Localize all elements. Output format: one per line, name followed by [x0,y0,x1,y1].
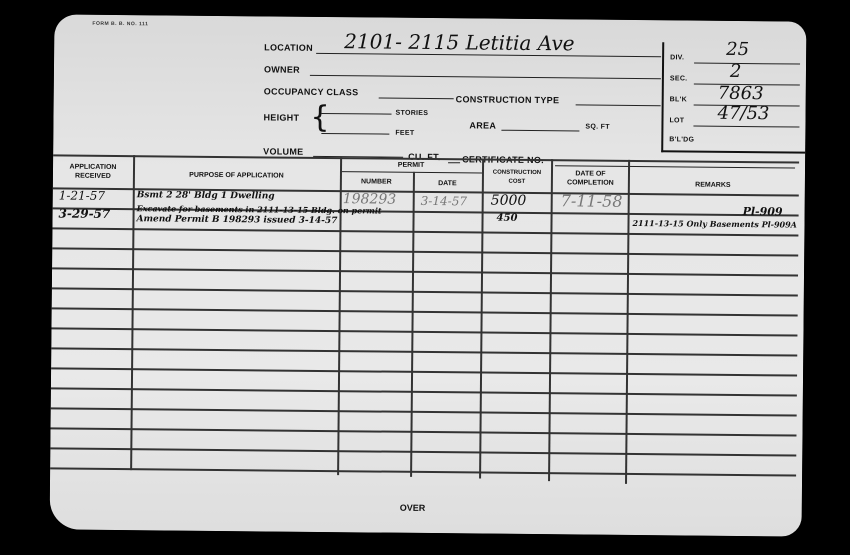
row3-purpose: Amend Permit B 198293 issued 3-14-57 [136,214,337,226]
lot-label: LOT [669,117,684,124]
sec-label: SEC. [670,75,688,82]
row1-received: 1-21-57 [59,188,105,202]
area-line [501,130,579,132]
row-line [52,267,798,276]
row-line [51,367,797,376]
sqft-label: SQ. FT [585,124,609,131]
row-line [51,427,797,436]
height-label: HEIGHT [263,112,299,122]
row-line [52,287,798,296]
row1-permit-date: 3-14-57 [421,194,467,208]
table-bottom-border [50,467,796,476]
row-line [52,307,798,316]
bldg-label: B'L'DG [669,136,694,143]
row2-received: 3-29-57 [59,206,111,220]
location-label: LOCATION [264,42,313,52]
div-value: 25 [726,39,749,60]
col-divider [625,160,630,484]
header-date-of-completion: DATE OF COMPLETION [553,169,628,188]
stories-label: STORIES [396,110,429,117]
row1-cost: 5000 [491,193,527,209]
feet-line [321,133,389,135]
sec-value: 2 [730,61,742,82]
row1-remarks: Pl-909 [743,205,783,218]
occupancy-line [379,98,454,100]
blk-value: 7863 [718,83,764,104]
header-permit-date: DATE [413,179,482,189]
construction-type-line [576,104,661,106]
owner-label: OWNER [264,64,300,74]
header-permit: PERMIT [340,160,482,170]
header-permit-number: NUMBER [340,177,413,187]
feet-label: FEET [395,130,414,137]
form-number: FORM B. B. NO. 111 [92,21,148,28]
area-label: AREA [469,120,496,130]
owner-line [310,75,661,79]
application-table: APPLICATION RECEIVED PURPOSE OF APPLICAT… [50,154,805,493]
row-line [51,327,797,336]
row2-remarks: 2111-13-15 Only Basements Pl-909A [632,218,797,230]
permit-card: FORM B. B. NO. 111 LOCATION 2101- 2115 L… [50,14,807,536]
blk-label: BL'K [670,96,687,103]
row-line [52,227,798,236]
row-line [50,447,796,456]
row1-completion: 7-11-58 [561,191,623,211]
construction-type-label: CONSTRUCTION TYPE [456,94,560,105]
occupancy-label: OCCUPANCY CLASS [264,86,359,97]
header-purpose: PURPOSE OF APPLICATION [133,170,340,181]
row-line [51,387,797,396]
row2-cost: 450 [497,213,518,224]
header-construction-cost: CONSTRUCTION COST [485,169,549,188]
row-line [52,247,798,256]
permit-subheader-line [340,171,482,173]
volume-label: VOLUME [263,146,303,156]
header-remarks: REMARKS [628,180,798,191]
row-line [51,347,797,356]
div-label: DIV. [670,54,684,61]
row1-purpose: Bsmt 2 28' Bldg 1 Dwelling [137,190,275,201]
lot-value: 47/53 [717,103,769,124]
location-value: 2101- 2115 Letitia Ave [344,29,575,55]
height-brace: { [310,103,329,133]
col-divider [130,155,135,470]
over-label: OVER [400,503,426,513]
row-line [51,407,797,416]
stories-line [322,113,392,115]
header-application-received: APPLICATION RECEIVED [53,162,133,181]
col-divider [479,159,484,479]
